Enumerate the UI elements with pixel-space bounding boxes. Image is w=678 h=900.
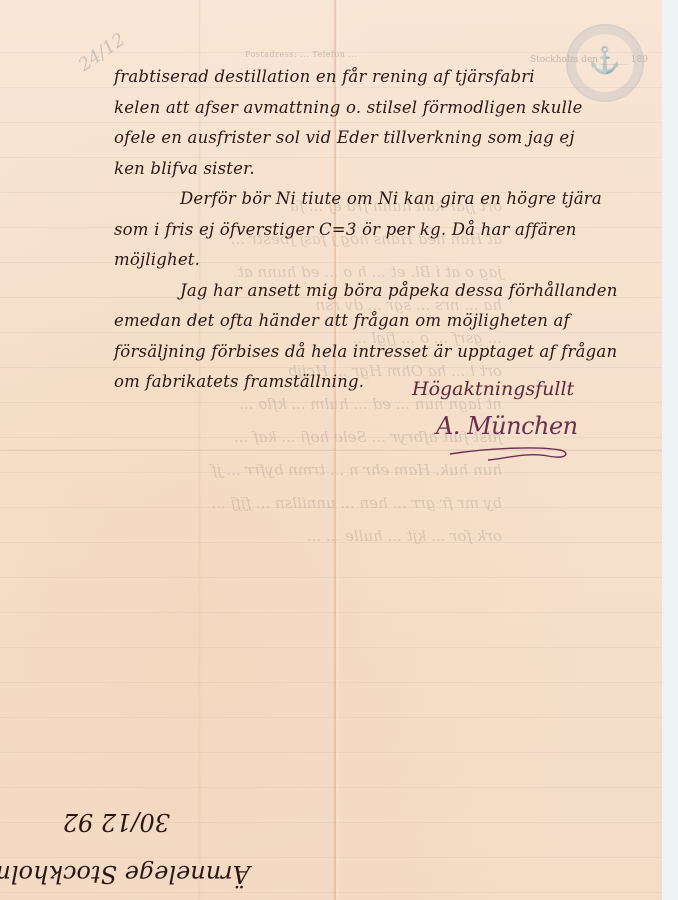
footer-place: Ärnnelege Stockholm [0,860,250,888]
body-line: som i fris ej öfverstiger C=3 ör per kg.… [114,215,654,246]
body-line: emedan det ofta händer att frågan om möj… [114,306,654,337]
body-line: ofele en ausfrister sol vid Eder tillver… [114,123,654,154]
place-date-rotated: Ärnnelege Stockholm 30/12 92 [10,778,250,888]
body-line: försäljning förbises då hela intresset ä… [114,337,654,368]
signature-flourish [448,440,578,462]
letter-page: ort fjär kan hunn frå ej ... fa at Han n… [0,0,662,900]
letter-body: frabtiserad destillation en får rening a… [114,62,654,398]
closing-salutation: Högaktningsfullt [412,378,574,400]
letterhead-print: Postadress: ... Telefon ... [245,50,358,59]
signature: A. München [436,412,578,440]
body-line: Jag har ansett mig böra påpeka dessa för… [114,276,654,307]
body-line: kelen att afser avmattning o. stilsel fö… [114,93,654,124]
scan-background-edge [662,0,678,900]
bleed-line: by mr fr grr ... hen ... unnillsn ... fj… [0,487,662,520]
footer-date: 30/12 92 [63,808,170,836]
bleed-line: ork for ... kjt ... hulle ... ... [0,520,662,553]
body-line: möjlighet. [114,245,654,276]
body-line: frabtiserad destillation en får rening a… [114,62,654,93]
body-line: ken blifva sister. [114,154,654,185]
body-line: Derför bör Ni tiute om Ni kan gira en hö… [114,184,654,215]
